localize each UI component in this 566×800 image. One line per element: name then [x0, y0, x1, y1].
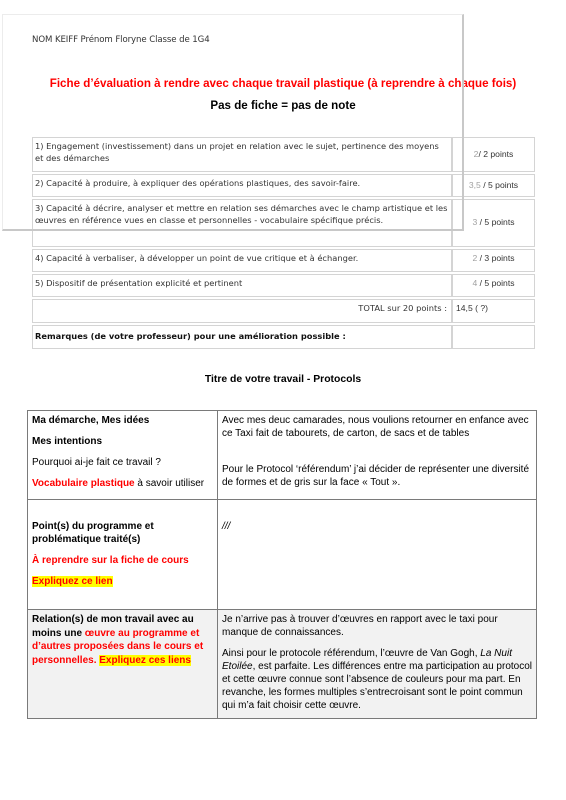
total-row: TOTAL sur 20 points : 14,5 ( ?) [32, 299, 535, 323]
program-answer: /// [218, 500, 537, 610]
approach-answer-p1: Avec mes deuc camarades, nous voulions r… [222, 414, 532, 440]
criterion-label: 5) Dispositif de présentation explicité … [32, 274, 452, 297]
vocab-rest: à savoir utiliser [135, 478, 204, 489]
program-highlight: Expliquez ce lien [32, 576, 113, 587]
relations-p2-start: Ainsi pour le protocole référendum, l’œu… [222, 648, 480, 659]
criterion-row: 3) Capacité à décrire, analyser et mettr… [32, 199, 535, 247]
criterion-score: 3 / 5 points [452, 199, 535, 247]
relations-prompt: Relation(s) de mon travail avec au moins… [28, 610, 218, 719]
approach-answer: Avec mes deuc camarades, nous voulions r… [218, 411, 537, 500]
why-question: Pourquoi ai-je fait ce travail ? [32, 456, 213, 469]
form-subtitle: Pas de fiche = pas de note [0, 99, 566, 112]
work-table: Ma démarche, Mes idées Mes intentions Po… [27, 410, 537, 719]
criterion-score: 4 / 5 points [452, 274, 535, 297]
criterion-score: 3,5 / 5 points [452, 174, 535, 197]
work-title: Titre de votre travail - Protocols [0, 374, 566, 385]
relations-answer-p2: Ainsi pour le protocole référendum, l’œu… [222, 647, 532, 712]
remarks-value [452, 325, 535, 349]
program-heading: Point(s) du programme et problématique t… [32, 520, 213, 546]
score-max: / 2 points [478, 149, 513, 159]
score-max: / 3 points [477, 253, 514, 263]
approach-prompt: Ma démarche, Mes idées Mes intentions Po… [28, 411, 218, 500]
score-max: / 5 points [477, 217, 514, 227]
criterion-row: 5) Dispositif de présentation explicité … [32, 274, 535, 297]
relations-highlight: Expliquez ces liens [99, 655, 191, 666]
criterion-score: 2 / 3 points [452, 249, 535, 272]
relations-p2-end: , est parfaite. Les différences entre ma… [222, 661, 532, 711]
vocab-red: Vocabulaire plastique [32, 478, 135, 489]
criterion-label: 1) Engagement (investissement) dans un p… [32, 137, 452, 172]
relations-row: Relation(s) de mon travail avec au moins… [28, 610, 537, 719]
student-identity: NOM KEIFF Prénom Floryne Classe de 1G4 [32, 35, 210, 45]
criterion-label: 4) Capacité à verbaliser, à développer u… [32, 249, 452, 272]
score-earned: 3,5 [469, 180, 481, 190]
criterion-row: 2) Capacité à produire, à expliquer des … [32, 174, 535, 197]
criterion-row: 4) Capacité à verbaliser, à développer u… [32, 249, 535, 272]
program-red-note: À reprendre sur la fiche de cours [32, 554, 213, 567]
intentions-heading: Mes intentions [32, 435, 213, 448]
score-max: / 5 points [481, 180, 518, 190]
program-answer-text: /// [222, 520, 532, 533]
program-prompt: Point(s) du programme et problématique t… [28, 500, 218, 610]
relations-answer: Je n’arrive pas à trouver d’œuvres en ra… [218, 610, 537, 719]
total-label: TOTAL sur 20 points : [32, 299, 452, 323]
remarks-label: Remarques (de votre professeur) pour une… [32, 325, 452, 349]
form-title: Fiche d’évaluation à rendre avec chaque … [0, 77, 566, 90]
criterion-row: 1) Engagement (investissement) dans un p… [32, 137, 535, 172]
criterion-label: 3) Capacité à décrire, analyser et mettr… [32, 199, 452, 247]
remarks-row: Remarques (de votre professeur) pour une… [32, 325, 535, 349]
approach-heading: Ma démarche, Mes idées [32, 414, 213, 427]
total-value: 14,5 ( ?) [452, 299, 535, 323]
criterion-label: 2) Capacité à produire, à expliquer des … [32, 174, 452, 197]
program-row: Point(s) du programme et problématique t… [28, 500, 537, 610]
approach-row: Ma démarche, Mes idées Mes intentions Po… [28, 411, 537, 500]
grading-table: 1) Engagement (investissement) dans un p… [32, 135, 535, 351]
score-max: / 5 points [477, 278, 514, 288]
approach-answer-p2: Pour le Protocol ‘référendum’ j’ai décid… [222, 463, 532, 489]
criterion-score: 2/ 2 points [452, 137, 535, 172]
relations-answer-p1: Je n’arrive pas à trouver d’œuvres en ra… [222, 613, 532, 639]
vocab-note: Vocabulaire plastique à savoir utiliser [32, 477, 213, 490]
